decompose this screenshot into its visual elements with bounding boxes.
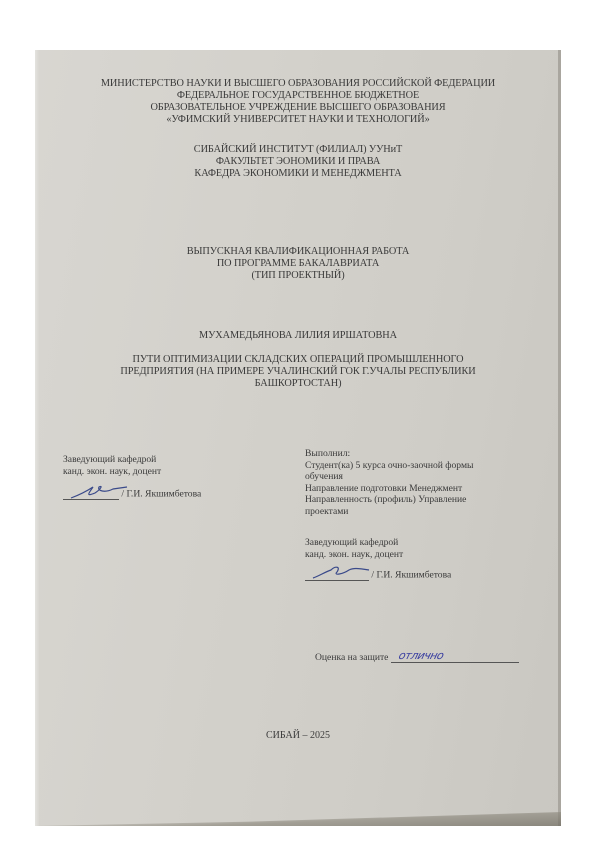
head-role: Заведующий кафедрой xyxy=(63,454,201,466)
head-degree: канд. экон. наук, доцент xyxy=(63,466,201,478)
head-degree-2: канд. экон. наук, доцент xyxy=(305,549,545,561)
signature-line-2 xyxy=(305,566,369,581)
work-type: ВЫПУСКНАЯ КВАЛИФИКАЦИОННАЯ РАБОТА ПО ПРО… xyxy=(35,246,561,282)
head-signer: / Г.И. Якшимбетова xyxy=(121,489,201,500)
ministry-line: ОБРАЗОВАТЕЛЬНОЕ УЧРЕЖДЕНИЕ ВЫСШЕГО ОБРАЗ… xyxy=(35,102,561,114)
student-line-cont: обучения xyxy=(305,471,545,483)
right-signature-block: Выполнил: Студент(ка) 5 курса очно-заочн… xyxy=(305,448,545,581)
direction-line: Направление подготовки Менеджмент xyxy=(305,483,545,495)
author-name-text: МУХАМЕДЬЯНОВА ЛИЛИЯ ИРШАТОВНА xyxy=(35,330,561,342)
thesis-title-line: ПРЕДПРИЯТИЯ (НА ПРИМЕРЕ УЧАЛИНСКИЙ ГОК Г… xyxy=(35,366,561,378)
signature-icon xyxy=(311,562,371,582)
grade-value: отлично xyxy=(397,649,445,662)
ministry-line: «УФИМСКИЙ УНИВЕРСИТЕТ НАУКИ И ТЕХНОЛОГИЙ… xyxy=(35,114,561,126)
ministry-header: МИНИСТЕРСТВО НАУКИ И ВЫСШЕГО ОБРАЗОВАНИЯ… xyxy=(35,78,561,126)
ministry-line: ФЕДЕРАЛЬНОЕ ГОСУДАРСТВЕННОЕ БЮДЖЕТНОЕ xyxy=(35,90,561,102)
performed-label: Выполнил: xyxy=(305,448,545,460)
institute-line: СИБАЙСКИЙ ИНСТИТУТ (ФИЛИАЛ) УУНиТ xyxy=(35,144,561,156)
work-type-line: ВЫПУСКНАЯ КВАЛИФИКАЦИОННАЯ РАБОТА xyxy=(35,246,561,258)
head-signer-2: / Г.И. Якшимбетова xyxy=(371,570,451,581)
profile-line: Направленность (профиль) Управление xyxy=(305,494,545,506)
profile-line-cont: проектами xyxy=(305,506,545,518)
thesis-title-line: БАШКОРТОСТАН) xyxy=(35,378,561,390)
institute-header: СИБАЙСКИЙ ИНСТИТУТ (ФИЛИАЛ) УУНиТ ФАКУЛЬ… xyxy=(35,144,561,180)
document-photo: МИНИСТЕРСТВО НАУКИ И ВЫСШЕГО ОБРАЗОВАНИЯ… xyxy=(35,50,561,826)
left-signature-block: Заведующий кафедрой канд. экон. наук, до… xyxy=(63,454,201,500)
signature-line xyxy=(63,485,119,500)
work-type-line: ПО ПРОГРАММЕ БАКАЛАВРИАТА xyxy=(35,258,561,270)
head-role-2: Заведующий кафедрой xyxy=(305,537,545,549)
work-type-line: (ТИП ПРОЕКТНЫЙ) xyxy=(35,270,561,282)
institute-line: ФАКУЛЬТЕТ ЭОНОМИКИ И ПРАВА xyxy=(35,156,561,168)
thesis-title: ПУТИ ОПТИМИЗАЦИИ СКЛАДСКИХ ОПЕРАЦИЙ ПРОМ… xyxy=(35,354,561,390)
grade-line: отлично xyxy=(391,652,519,663)
city-year: СИБАЙ – 2025 xyxy=(35,730,561,741)
student-line: Студент(ка) 5 курса очно-заочной формы xyxy=(305,460,545,472)
defense-grade: Оценка на защите отлично xyxy=(315,652,519,663)
thesis-title-line: ПУТИ ОПТИМИЗАЦИИ СКЛАДСКИХ ОПЕРАЦИЙ ПРОМ… xyxy=(35,354,561,366)
signature-icon xyxy=(69,481,129,501)
grade-label: Оценка на защите xyxy=(315,652,388,663)
author-name: МУХАМЕДЬЯНОВА ЛИЛИЯ ИРШАТОВНА xyxy=(35,330,561,342)
ministry-line: МИНИСТЕРСТВО НАУКИ И ВЫСШЕГО ОБРАЗОВАНИЯ… xyxy=(35,78,561,90)
institute-line: КАФЕДРА ЭКОНОМИКИ И МЕНЕДЖМЕНТА xyxy=(35,168,561,180)
